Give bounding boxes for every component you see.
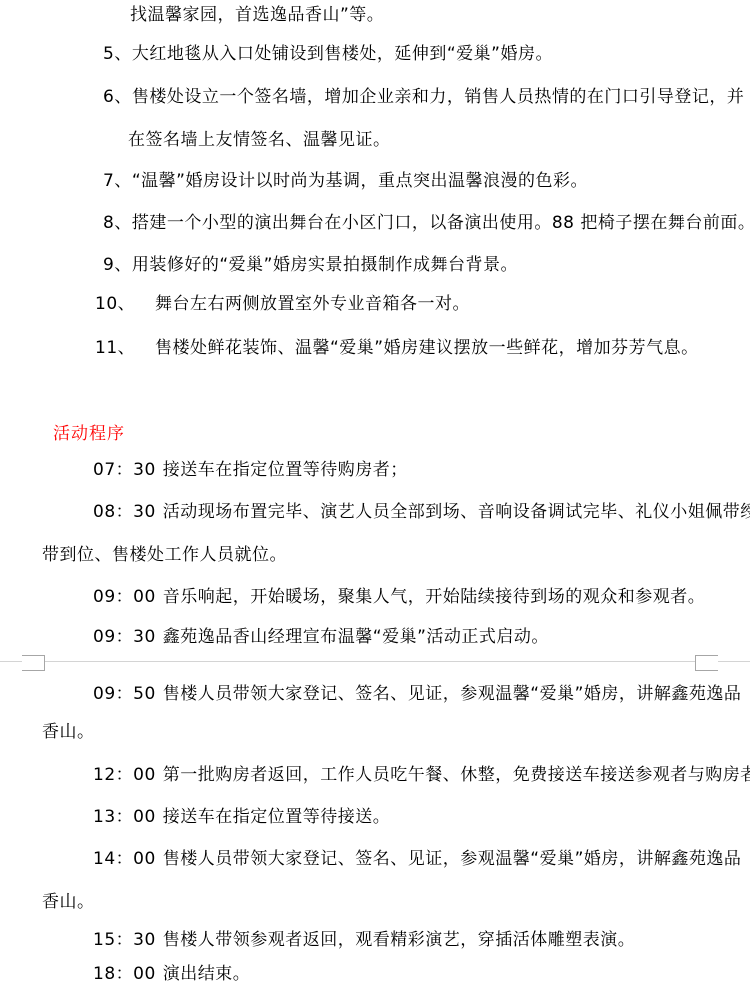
schedule-entry-continuation: 带到位、售楼处工作人员就位。 — [42, 546, 287, 565]
list-item-10: 10、 舞台左右两侧放置室外专业音箱各一对。 — [95, 295, 135, 314]
schedule-time: 09：50 — [93, 684, 156, 704]
schedule-time: 07：30 — [93, 460, 156, 480]
list-item-text: 舞台左右两侧放置室外专业音箱各一对。 — [155, 295, 470, 314]
list-item-11: 11、 售楼处鲜花装饰、温馨“爱巢”婚房建议摆放一些鲜花，增加芬芳气息。 — [95, 339, 135, 358]
schedule-text: 售楼人员带领大家登记、签名、见证，参观温馨“爱巢”婚房，讲解鑫苑逸品 — [163, 849, 742, 869]
page-corner-mark-left — [22, 655, 45, 671]
list-item-6-continuation: 在签名墙上友情签名、温馨见证。 — [128, 131, 391, 150]
list-item-text: 用装修好的“爱巢”婚房实景拍摄制作成舞台背景。 — [132, 255, 518, 275]
list-item-number: 7、 — [103, 171, 132, 191]
schedule-entry-continuation: 香山。 — [42, 723, 95, 742]
list-item-8: 8、搭建一个小型的演出舞台在小区门口，以备演出使用。88 把椅子摆在舞台前面。 — [103, 214, 750, 233]
schedule-time: 09：00 — [93, 587, 156, 607]
schedule-entry: 08：30活动现场布置完毕、演艺人员全部到场、音响设备调试完毕、礼仪小姐佩带绶 — [93, 503, 750, 522]
schedule-text: 接送车在指定位置等待购房者； — [163, 460, 408, 480]
schedule-time: 18：00 — [93, 964, 156, 984]
list-item-7: 7、“温馨”婚房设计以时尚为基调，重点突出温馨浪漫的色彩。 — [103, 172, 588, 191]
schedule-time: 14：00 — [93, 849, 156, 869]
schedule-time: 09：30 — [93, 627, 156, 647]
schedule-entry: 07：30接送车在指定位置等待购房者； — [93, 461, 408, 480]
schedule-text: 演出结束。 — [163, 964, 251, 984]
list-item-text: 大红地毯从入口处铺设到售楼处，延伸到“爱巢”婚房。 — [132, 44, 553, 64]
list-item-text: 售楼处鲜花装饰、温馨“爱巢”婚房建议摆放一些鲜花，增加芬芳气息。 — [155, 339, 699, 358]
list-item-5: 5、大红地毯从入口处铺设到售楼处，延伸到“爱巢”婚房。 — [103, 45, 553, 64]
list-item-9: 9、用装修好的“爱巢”婚房实景拍摄制作成舞台背景。 — [103, 256, 518, 275]
schedule-text: 售楼人员带领大家登记、签名、见证，参观温馨“爱巢”婚房，讲解鑫苑逸品 — [163, 684, 742, 704]
list-item-text: 售楼处设立一个签名墙，增加企业亲和力，销售人员热情的在门口引导登记，并 — [132, 87, 745, 107]
schedule-entry: 15：30售楼人带领参观者返回，观看精彩演艺，穿插活体雕塑表演。 — [93, 931, 635, 950]
schedule-entry: 12：00第一批购房者返回，工作人员吃午餐、休整，免费接送车接送参观者与购房者。 — [93, 766, 750, 785]
list-item-number: 8、 — [103, 213, 132, 233]
schedule-entry: 14：00售楼人员带领大家登记、签名、见证，参观温馨“爱巢”婚房，讲解鑫苑逸品 — [93, 850, 741, 869]
list-item-text: 搭建一个小型的演出舞台在小区门口，以备演出使用。88 把椅子摆在舞台前面。 — [132, 213, 750, 233]
schedule-entry-continuation: 香山。 — [42, 893, 95, 912]
section-heading: 活动程序 — [53, 419, 125, 444]
schedule-entry: 09：50售楼人员带领大家登记、签名、见证，参观温馨“爱巢”婚房，讲解鑫苑逸品 — [93, 685, 741, 704]
list-item-number: 10、 — [95, 294, 135, 314]
schedule-time: 12：00 — [93, 765, 156, 785]
list-item-number: 9、 — [103, 255, 132, 275]
schedule-text: 售楼人带领参观者返回，观看精彩演艺，穿插活体雕塑表演。 — [163, 930, 636, 950]
page-break-line — [0, 661, 750, 662]
schedule-entry: 09：00音乐响起，开始暖场，聚集人气，开始陆续接待到场的观众和参观者。 — [93, 588, 705, 607]
list-item-number: 6、 — [103, 87, 132, 107]
list-item-number: 5、 — [103, 44, 132, 64]
list-item-continuation: 找温馨家园，首选逸品香山”等。 — [130, 6, 384, 25]
list-item-number: 11、 — [95, 338, 135, 358]
list-item-text: “温馨”婚房设计以时尚为基调，重点突出温馨浪漫的色彩。 — [132, 171, 588, 191]
schedule-time: 08：30 — [93, 502, 156, 522]
document-page[interactable]: 找温馨家园，首选逸品香山”等。 5、大红地毯从入口处铺设到售楼处，延伸到“爱巢”… — [0, 0, 750, 999]
list-item-6: 6、售楼处设立一个签名墙，增加企业亲和力，销售人员热情的在门口引导登记，并 — [103, 88, 744, 107]
schedule-text: 鑫苑逸品香山经理宣布温馨“爱巢”活动正式启动。 — [163, 627, 549, 647]
page-corner-mark-right — [695, 655, 718, 671]
schedule-entry: 18：00演出结束。 — [93, 965, 250, 984]
schedule-time: 15：30 — [93, 930, 156, 950]
schedule-text: 接送车在指定位置等待接送。 — [163, 807, 391, 827]
schedule-time: 13：00 — [93, 807, 156, 827]
schedule-text: 第一批购房者返回，工作人员吃午餐、休整，免费接送车接送参观者与购房者。 — [163, 765, 750, 785]
schedule-text: 活动现场布置完毕、演艺人员全部到场、音响设备调试完毕、礼仪小姐佩带绶 — [163, 502, 750, 522]
schedule-text: 音乐响起，开始暖场，聚集人气，开始陆续接待到场的观众和参观者。 — [163, 587, 706, 607]
schedule-entry: 13：00接送车在指定位置等待接送。 — [93, 808, 390, 827]
schedule-entry: 09：30鑫苑逸品香山经理宣布温馨“爱巢”活动正式启动。 — [93, 628, 549, 647]
